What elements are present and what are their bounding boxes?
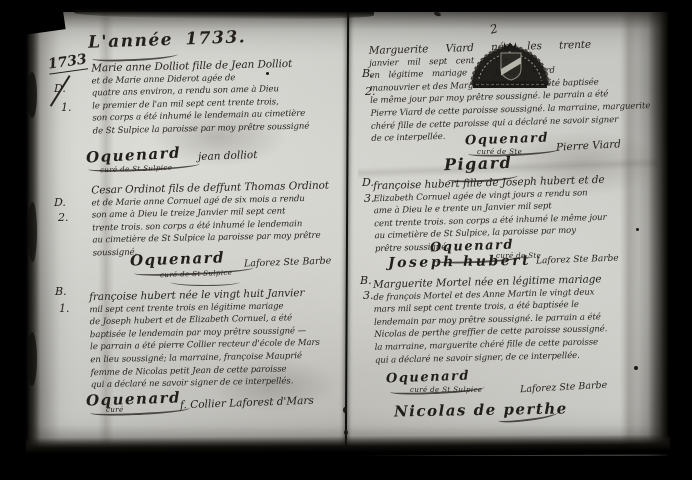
signature-oquenard: Oquenard (130, 248, 226, 269)
binding-edge-left (26, 12, 40, 456)
paper-sheet: L'année 1733. 1733 D. 1. Marie anne Doll… (28, 12, 668, 456)
ink-speck (636, 228, 639, 231)
ink-speck (344, 430, 348, 435)
binding-blob (27, 72, 37, 118)
signature-cure-title: curé (106, 406, 124, 414)
baptism-entry-b3: Marguerite Mortel née en légitime mariag… (373, 273, 608, 367)
signature-oquenard: Oquenard (86, 388, 182, 409)
signature-joseph-hubert: Joseph hubert (388, 253, 531, 271)
signature-cure-title: curé de St Sulpice (100, 164, 173, 175)
margin-year: 1733 (47, 51, 88, 74)
binding-blob (27, 332, 37, 386)
baptism-entry-b1: françoise hubert née le vingt huit Janvi… (89, 287, 321, 392)
page-edge-right (648, 12, 668, 456)
ink-flourish: 2 (488, 21, 499, 36)
signature-pierre-viard: Pierre Viard (556, 138, 622, 153)
generalite-stamp (464, 38, 556, 96)
page-edge-bottom (26, 434, 670, 457)
signature-cure-title: curé de St Sulpice (410, 386, 482, 394)
signature-pigard: Pigard (444, 153, 513, 174)
signature-cure-title: curé de St Sulpice (160, 269, 233, 280)
ink-speck (434, 11, 442, 17)
margin-number: 1. (61, 101, 72, 114)
generalite-stamp-graphic (464, 38, 556, 92)
signature-oquenard: Oquenard (465, 131, 549, 149)
signature-nicolas-de-perthe: Nicolas de perthe (394, 399, 568, 420)
signature-oquenard: Oquenard (386, 369, 470, 387)
signature-flourish (170, 278, 240, 286)
signature-laforez: Laforez Ste Barbe (244, 255, 332, 269)
ink-speck (266, 72, 269, 75)
burial-entry-d1: Marie anne Dolliot fille de Jean Dolliot… (91, 58, 309, 138)
margin-letter: D. (54, 82, 66, 95)
register-scan: L'année 1733. 1733 D. 1. Marie anne Doll… (0, 0, 692, 480)
binding-blob (28, 202, 37, 262)
signature-laforez: Laforez Ste Barbe (536, 254, 619, 267)
margin-number: 2. (58, 211, 69, 224)
corner-shadow (22, 3, 65, 34)
ink-speck (634, 366, 638, 370)
margin-letter: D. (54, 196, 66, 209)
page-edge-top (74, 8, 374, 21)
page-fold-gutter (345, 12, 349, 456)
signature-jean-dolliot: jean dolliot (198, 149, 258, 163)
margin-number: 3. (363, 289, 374, 302)
margin-letter: B. (55, 285, 67, 298)
margin-number: 1. (59, 302, 70, 315)
page-title: L'année 1733. (88, 27, 247, 53)
signature-laforez: Laforez Ste Barbe (520, 380, 608, 396)
margin-letter: B. (360, 274, 372, 287)
signature-collier-laforest: f. Collier Laforest d'Mars (180, 395, 314, 412)
ink-speck (343, 407, 347, 413)
